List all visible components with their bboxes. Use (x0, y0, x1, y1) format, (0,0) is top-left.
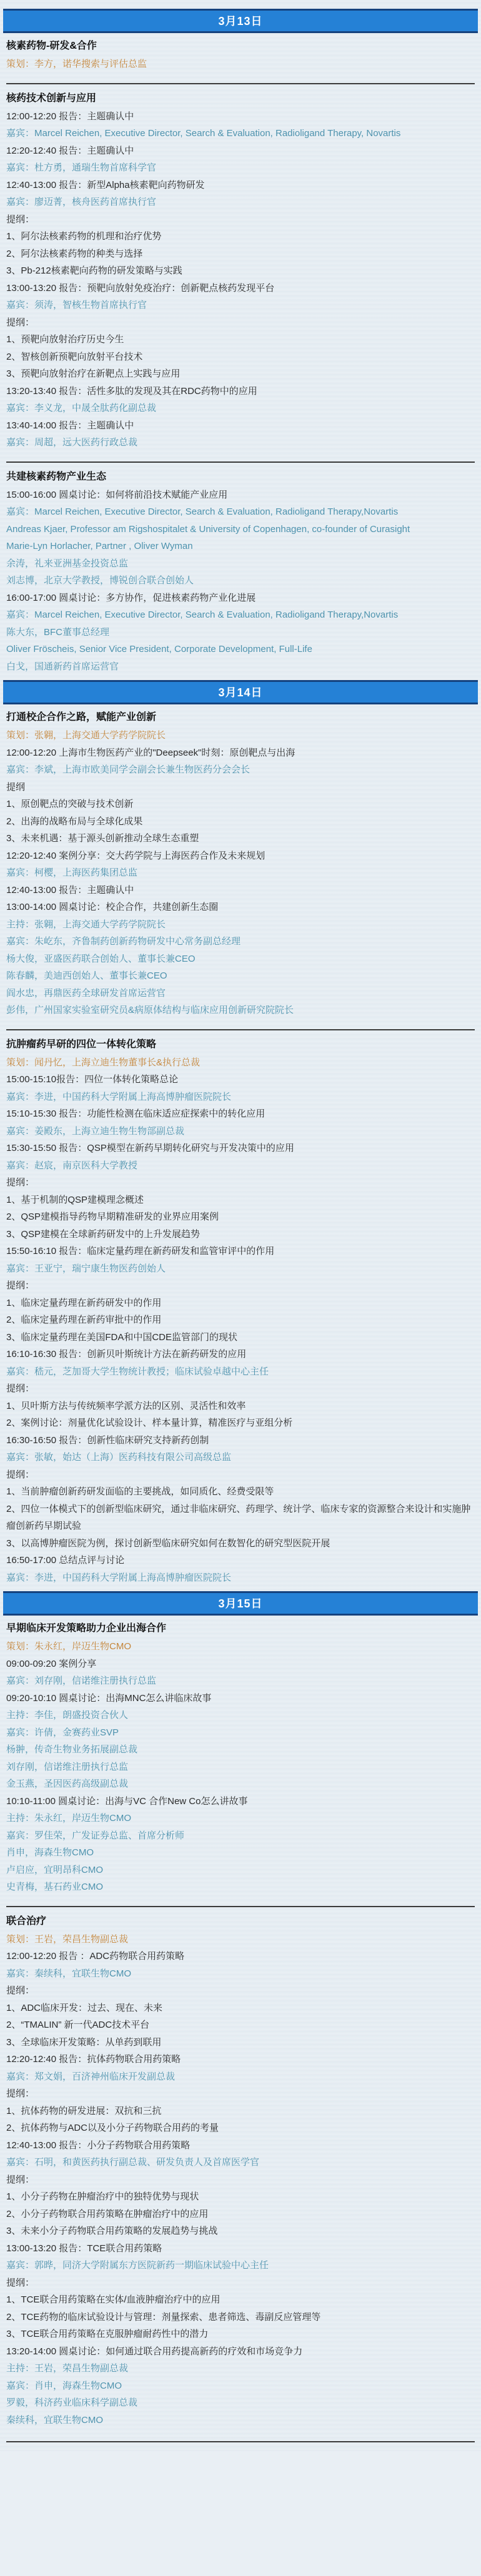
speaker-line: 嘉宾：廖迈菁，核舟医药首席执行官 (6, 194, 475, 211)
speaker-line: 主持：张翱，上海交通大学药学院院长 (6, 916, 475, 934)
agenda-line: 15:10-15:30 报告：功能性检测在临床适应症探索中的转化应用 (6, 1105, 475, 1123)
agenda-line: 16:10-16:30 报告：创新贝叶斯统计方法在新药研发的应用 (6, 1346, 475, 1363)
agenda-line: 16:00-17:00 圆桌讨论：多方协作，促进核素药物产业化进展 (6, 590, 475, 607)
agenda-line: 提纲： (6, 1174, 475, 1192)
speaker-line: 罗毅，科济药业临床科学副总裁 (6, 2394, 475, 2412)
speaker-line: 金玉燕，圣因医药高级副总裁 (6, 1775, 475, 1793)
agenda-line: 提纲： (6, 2171, 475, 2189)
speaker-line: 主持：李佳，朗盛投资合伙人 (6, 1707, 475, 1724)
speaker-line: 刘存刚，信诺维注册执行总监 (6, 1759, 475, 1776)
session-section: 抗肿瘤药早研的四位一体转化策略策划：闻丹忆，上海立迪生物董事长&执行总裁15:0… (0, 1035, 481, 1587)
session-section: 核药技术创新与应用12:00-12:20 报告：主题确认中嘉宾：Marcel R… (0, 89, 481, 452)
agenda-line: 3、临床定量药理在美国FDA和中国CDE监管部门的现状 (6, 1329, 475, 1346)
session-title: 核素药物-研发&合作 (6, 37, 475, 56)
agenda-line: 提纲 (6, 779, 475, 796)
speaker-line: 刘志博，北京大学教授，博锐创合联合创始人 (6, 572, 475, 590)
agenda-line: 15:30-15:50 报告：QSP模型在新药早期转化研究与开发决策中的应用 (6, 1140, 475, 1157)
agenda-line: 2、“TMALIN” 新一代ADC技术平台 (6, 2016, 475, 2034)
day-date-label: 3月15日 (218, 1597, 262, 1610)
agenda-line: 12:00-12:20 上海市生物医药产业的"Deepseek"时刻：原创靶点与… (6, 744, 475, 762)
agenda-line: 12:40-13:00 报告：新型Alpha核素靶向药物研发 (6, 177, 475, 194)
planner-line: 策划：闻丹忆，上海立迪生物董事长&执行总裁 (6, 1054, 475, 1072)
day-header: 3月14日 (3, 680, 478, 704)
agenda-line: 1、基于机制的QSP建模理念概述 (6, 1192, 475, 1209)
section-divider (6, 83, 475, 84)
section-divider (6, 1029, 475, 1030)
speaker-line: 白戈，国通新药首席运营官 (6, 658, 475, 676)
speaker-line: 嘉宾：罗佳荣，广发证券总监、首席分析师 (6, 1827, 475, 1845)
session-section: 早期临床开发策略助力企业出海合作策划：朱永红，岸迈生物CMO09:00-09:2… (0, 1619, 481, 1896)
agenda-line: 13:00-13:20 报告：预靶向放射免疫治疗：创新靶点核药发现平台 (6, 280, 475, 297)
agenda-line: 提纲： (6, 1466, 475, 1484)
agenda-line: 提纲： (6, 2085, 475, 2103)
speaker-line: 嘉宾：Marcel Reichen, Executive Director, S… (6, 503, 475, 521)
bottom-divider (6, 2441, 475, 2442)
agenda-line: 1、预靶向放射治疗历史今生 (6, 331, 475, 348)
agenda-line: 3、以高博肿瘤医院为例，探讨创新型临床研究如何在数智化的研究型医院开展 (6, 1535, 475, 1552)
agenda-line: 1、TCE联合用药策略在实体/血液肿瘤治疗中的应用 (6, 2291, 475, 2309)
agenda-line: 13:40-14:00 报告：主题确认中 (6, 417, 475, 435)
agenda-line: 2、临床定量药理在新药审批中的作用 (6, 1311, 475, 1329)
speaker-line: 嘉宾：李进，中国药科大学附属上海高博肿瘤医院院长 (6, 1569, 475, 1587)
session-section: 核素药物-研发&合作策划：李方，诺华搜索与评估总监 (0, 37, 481, 73)
speaker-line: 秦续科，宜联生物CMO (6, 2412, 475, 2429)
agenda-line: 3、TCE联合用药策略在克服肿瘤耐药性中的潜力 (6, 2326, 475, 2343)
speaker-line: 嘉宾：石明，和黄医药执行副总裁、研发负责人及首席医学官 (6, 2154, 475, 2171)
planner-line: 策划：张翱，上海交通大学药学院院长 (6, 727, 475, 744)
agenda-line: 2、TCE药物的临床试验设计与管理：剂量探索、患者筛选、毒副反应管理等 (6, 2309, 475, 2326)
session-title: 共建核素药物产业生态 (6, 468, 475, 486)
session-section: 共建核素药物产业生态15:00-16:00 圆桌讨论：如何将前沿技术赋能产业应用… (0, 468, 481, 676)
speaker-line: Andreas Kjaer, Professor am Rigshospital… (6, 521, 475, 538)
agenda-line: 12:00-12:20 报告：主题确认中 (6, 108, 475, 126)
day-date-label: 3月14日 (218, 686, 262, 699)
agenda-line: 3、未来机遇：基于源头创新推动全球生态重塑 (6, 830, 475, 847)
agenda-line: 提纲： (6, 211, 475, 229)
speaker-line: 嘉宾：赵宸，南京医科大学教授 (6, 1157, 475, 1175)
speaker-line: 嘉宾：郭晔，同济大学附属东方医院新药一期临床试验中心主任 (6, 2257, 475, 2274)
agenda-line: 提纲： (6, 1277, 475, 1295)
agenda-line: 09:00-09:20 案例分享 (6, 1656, 475, 1673)
speaker-line: 嘉宾：Marcel Reichen, Executive Director, S… (6, 606, 475, 624)
speaker-line: 卢启应，宜明昂科CMO (6, 1862, 475, 1879)
speaker-line: 嘉宾：肖申，海森生物CMO (6, 2377, 475, 2395)
agenda-line: 1、抗体药物的研发进展：双抗和三抗 (6, 2103, 475, 2120)
agenda-line: 12:20-12:40 报告：主题确认中 (6, 142, 475, 160)
agenda-line: 12:20-12:40 案例分享：交大药学院与上海医药合作及未来规划 (6, 847, 475, 865)
speaker-line: 史青梅，基石药业CMO (6, 1878, 475, 1896)
agenda-line: 3、全球临床开发策略：从单药到联用 (6, 2034, 475, 2051)
agenda-line: 13:00-14:00 圆桌讨论：校企合作，共建创新生态圈 (6, 899, 475, 916)
agenda-line: 2、出海的战略布局与全球化成果 (6, 813, 475, 831)
agenda-line: 提纲： (6, 1380, 475, 1398)
agenda-line: 16:50-17:00 总结点评与讨论 (6, 1552, 475, 1569)
speaker-line: 杨翀，传奇生物业务拓展副总裁 (6, 1741, 475, 1759)
agenda-line: 3、未来小分子药物联合用药策略的发展趋势与挑战 (6, 2223, 475, 2240)
agenda-line: 1、当前肿瘤创新药研发面临的主要挑战，如同质化、经费受限等 (6, 1483, 475, 1501)
agenda-line: 12:00-12:20 报告 ：ADC药物联合用药策略 (6, 1948, 475, 1965)
session-title: 抗肿瘤药早研的四位一体转化策略 (6, 1035, 475, 1054)
agenda-line: 2、案例讨论：剂量优化试验设计、样本量计算，精准医疗与亚组分析 (6, 1414, 475, 1432)
agenda-line: 16:30-16:50 报告：创新性临床研究支持新药创制 (6, 1432, 475, 1449)
agenda-line: 1、贝叶斯方法与传统频率学派方法的区别、灵活性和效率 (6, 1398, 475, 1415)
agenda-line: 2、小分子药物联合用药策略在肿瘤治疗中的应用 (6, 2206, 475, 2223)
speaker-line: 嘉宾：杜方勇，通瑞生物首席科学官 (6, 159, 475, 177)
agenda-line: 3、QSP建模在全球新药研发中的上升发展趋势 (6, 1226, 475, 1243)
agenda-line: 12:40-13:00 报告：小分子药物联合用药策略 (6, 2137, 475, 2154)
speaker-line: 嘉宾：李进，中国药科大学附属上海高博肿瘤医院院长 (6, 1088, 475, 1106)
agenda-line: 2、QSP建模指导药物早期精准研发的业界应用案例 (6, 1208, 475, 1226)
agenda-line: 10:10-11:00 圆桌讨论：出海与VC 合作New Co怎么讲故事 (6, 1793, 475, 1810)
speaker-line: 嘉宾：Marcel Reichen, Executive Director, S… (6, 125, 475, 142)
speaker-line: 陈大东，BFC董事总经理 (6, 624, 475, 641)
session-section: 打通校企合作之路，赋能产业创新策划：张翱，上海交通大学药学院院长12:00-12… (0, 708, 481, 1019)
agenda-line: 2、智核创新预靶向放射平台技术 (6, 348, 475, 366)
agenda-line: 1、原创靶点的突破与技术创新 (6, 796, 475, 813)
agenda-line: 1、小分子药物在肿瘤治疗中的独特优势与现状 (6, 2188, 475, 2206)
speaker-line: 主持：朱永红，岸迈生物CMO (6, 1810, 475, 1827)
speaker-line: 嘉宾：秦续科，宜联生物CMO (6, 1965, 475, 1983)
agenda-line: 2、抗体药物与ADC以及小分子药物联合用药的考量 (6, 2120, 475, 2137)
agenda-line: 提纲： (6, 2274, 475, 2292)
speaker-line: 肖申，海森生物CMO (6, 1844, 475, 1862)
agenda-line: 3、预靶向放射治疗在新靶点上实践与应用 (6, 365, 475, 383)
agenda-line: 提纲： (6, 1982, 475, 2000)
section-divider (6, 461, 475, 463)
speaker-line: 嘉宾：张敏，始达（上海）医药科技有限公司高级总监 (6, 1449, 475, 1466)
agenda-line: 13:00-13:20 报告：TCE联合用药策略 (6, 2240, 475, 2258)
speaker-line: 杨大俊，亚盛医药联合创始人、董事长兼CEO (6, 950, 475, 968)
session-title: 早期临床开发策略助力企业出海合作 (6, 1619, 475, 1638)
agenda-line: 09:20-10:10 圆桌讨论：出海MNC怎么讲临床故事 (6, 1690, 475, 1707)
agenda-line: 1、阿尔法核素药物的机理和治疗优势 (6, 228, 475, 245)
agenda-line: 2、阿尔法核素药物的种类与选择 (6, 245, 475, 263)
agenda-line: 15:00-16:00 圆桌讨论：如何将前沿技术赋能产业应用 (6, 486, 475, 504)
session-title: 核药技术创新与应用 (6, 89, 475, 108)
session-title: 联合治疗 (6, 1912, 475, 1931)
agenda-line: 15:50-16:10 报告：临床定量药理在新药研发和监管审评中的作用 (6, 1243, 475, 1260)
day-header: 3月13日 (3, 9, 478, 33)
agenda-line: 13:20-13:40 报告：活性多肽的发现及其在RDC药物中的应用 (6, 383, 475, 400)
session-title: 打通校企合作之路，赋能产业创新 (6, 708, 475, 727)
speaker-line: 主持：王岩，荣昌生物副总裁 (6, 2360, 475, 2377)
speaker-line: 嘉宾：李斌，上海市欧美同学会副会长兼生物医药分会会长 (6, 761, 475, 779)
speaker-line: Oliver Fröscheis, Senior Vice President,… (6, 641, 475, 658)
day-header: 3月15日 (3, 1591, 478, 1616)
speaker-line: 嘉宾：朱屹东，齐鲁制药创新药物研发中心常务副总经理 (6, 933, 475, 950)
agenda-line: 提纲： (6, 314, 475, 332)
agenda-line: 1、临床定量药理在新药研发中的作用 (6, 1295, 475, 1312)
planner-line: 策划：李方，诺华搜索与评估总监 (6, 56, 475, 73)
agenda-line: 15:00-15:10报告：四位一体转化策略总论 (6, 1071, 475, 1088)
speaker-line: 嘉宾：刘存刚，信诺维注册执行总监 (6, 1672, 475, 1690)
session-section: 联合治疗策划：王岩，荣昌生物副总裁12:00-12:20 报告 ：ADC药物联合… (0, 1912, 481, 2429)
speaker-line: 嘉宾：须涛，智核生物首席执行官 (6, 297, 475, 314)
speaker-line: 嘉宾：许倩，金赛药业SVP (6, 1724, 475, 1742)
speaker-line: 嘉宾：郑文娟，百济神州临床开发副总裁 (6, 2068, 475, 2086)
agenda-line: 3、Pb-212核素靶向药物的研发策略与实践 (6, 262, 475, 280)
agenda-line: 1、ADC临床开发：过去、现在、未来 (6, 2000, 475, 2017)
speaker-line: 彭伟，广州国家实验室研究员&病原体结构与临床应用创新研究院院长 (6, 1002, 475, 1019)
planner-line: 策划：朱永红，岸迈生物CMO (6, 1638, 475, 1656)
speaker-line: 余涛，礼来亚洲基金投资总监 (6, 555, 475, 573)
agenda-line: 2、四位一体模式下的创新型临床研究，通过非临床研究、药理学、统计学、临床专家的资… (6, 1501, 475, 1535)
speaker-line: 陈春麟，美迪西创始人、董事长兼CEO (6, 967, 475, 985)
speaker-line: Marie-Lyn Horlacher, Partner , Oliver Wy… (6, 538, 475, 555)
speaker-line: 嘉宾：嵇元，芝加哥大学生物统计教授；临床试验卓越中心主任 (6, 1363, 475, 1381)
speaker-line: 嘉宾：王亚宁，瑞宁康生物医药创始人 (6, 1260, 475, 1278)
speaker-line: 嘉宾：周超，远大医药行政总裁 (6, 434, 475, 452)
planner-line: 策划：王岩，荣昌生物副总裁 (6, 1931, 475, 1948)
agenda-document: 3月13日核素药物-研发&合作策划：李方，诺华搜索与评估总监核药技术创新与应用1… (0, 9, 481, 2442)
day-date-label: 3月13日 (218, 15, 262, 27)
speaker-line: 嘉宾：李义龙，中晟全肽药化副总裁 (6, 400, 475, 417)
speaker-line: 嘉宾：姜殿东，上海立迪生物生物部副总裁 (6, 1123, 475, 1140)
section-divider (6, 1906, 475, 1907)
agenda-line: 12:40-13:00 报告：主题确认中 (6, 882, 475, 899)
speaker-line: 嘉宾：柯樱，上海医药集团总监 (6, 864, 475, 882)
agenda-line: 12:20-12:40 报告：抗体药物联合用药策略 (6, 2051, 475, 2068)
agenda-line: 13:20-14:00 圆桌讨论：如何通过联合用药提高新药的疗效和市场竞争力 (6, 2343, 475, 2361)
speaker-line: 阎水忠，再鼎医药全球研发首席运营官 (6, 985, 475, 1002)
